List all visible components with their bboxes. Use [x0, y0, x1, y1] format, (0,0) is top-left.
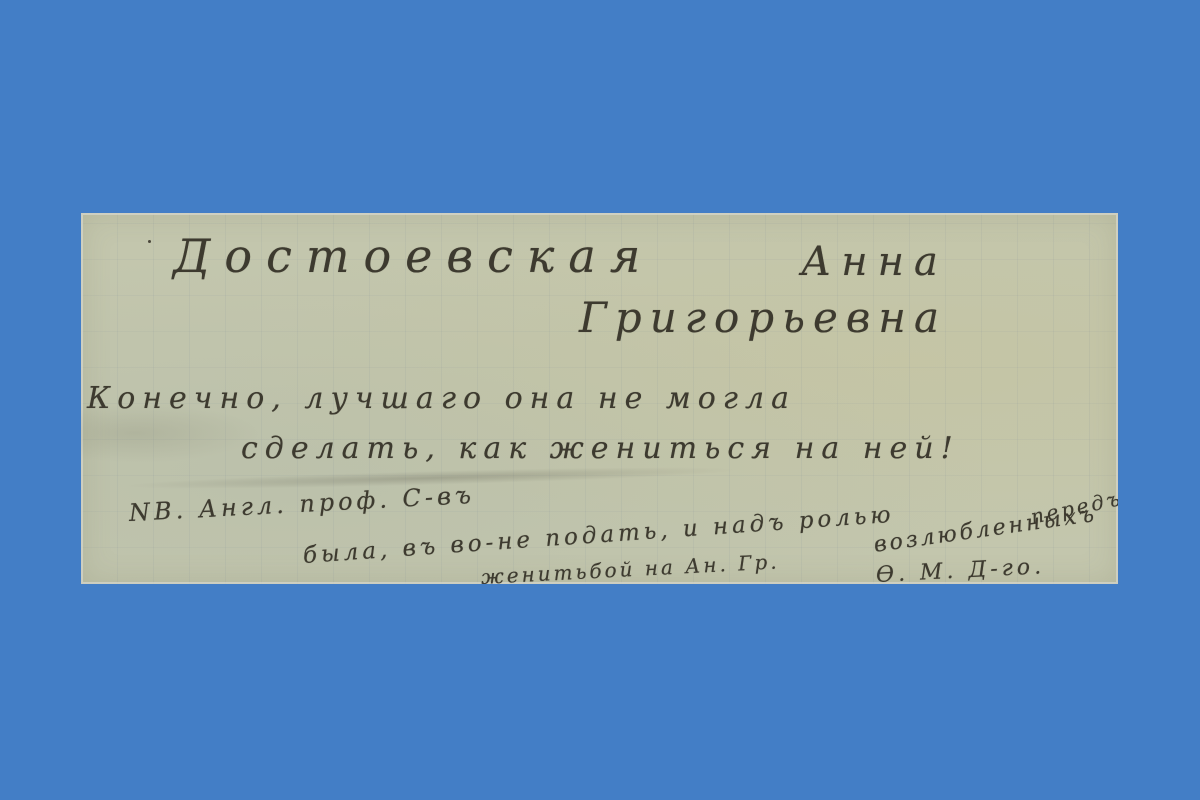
note-line-3: женитьбой на Ан. Гр.	[480, 549, 780, 584]
heading-patronymic: Григорьевна	[579, 293, 947, 342]
paper-stain	[81, 403, 261, 463]
note-line-2-right: возлюбленныхъ	[872, 502, 1098, 558]
background: Достоевская Анна Григорьевна Конечно, лу…	[0, 0, 1200, 800]
ink-dot	[148, 240, 151, 243]
manuscript-page: Достоевская Анна Григорьевна Конечно, лу…	[81, 213, 1118, 584]
heading-surname: Достоевская	[173, 229, 654, 283]
heading-first-name: Анна	[801, 239, 948, 285]
body-line-2: сделать, как жениться на ней!	[241, 431, 960, 466]
note-signature: Ѳ. М. Д-го.	[875, 554, 1045, 584]
